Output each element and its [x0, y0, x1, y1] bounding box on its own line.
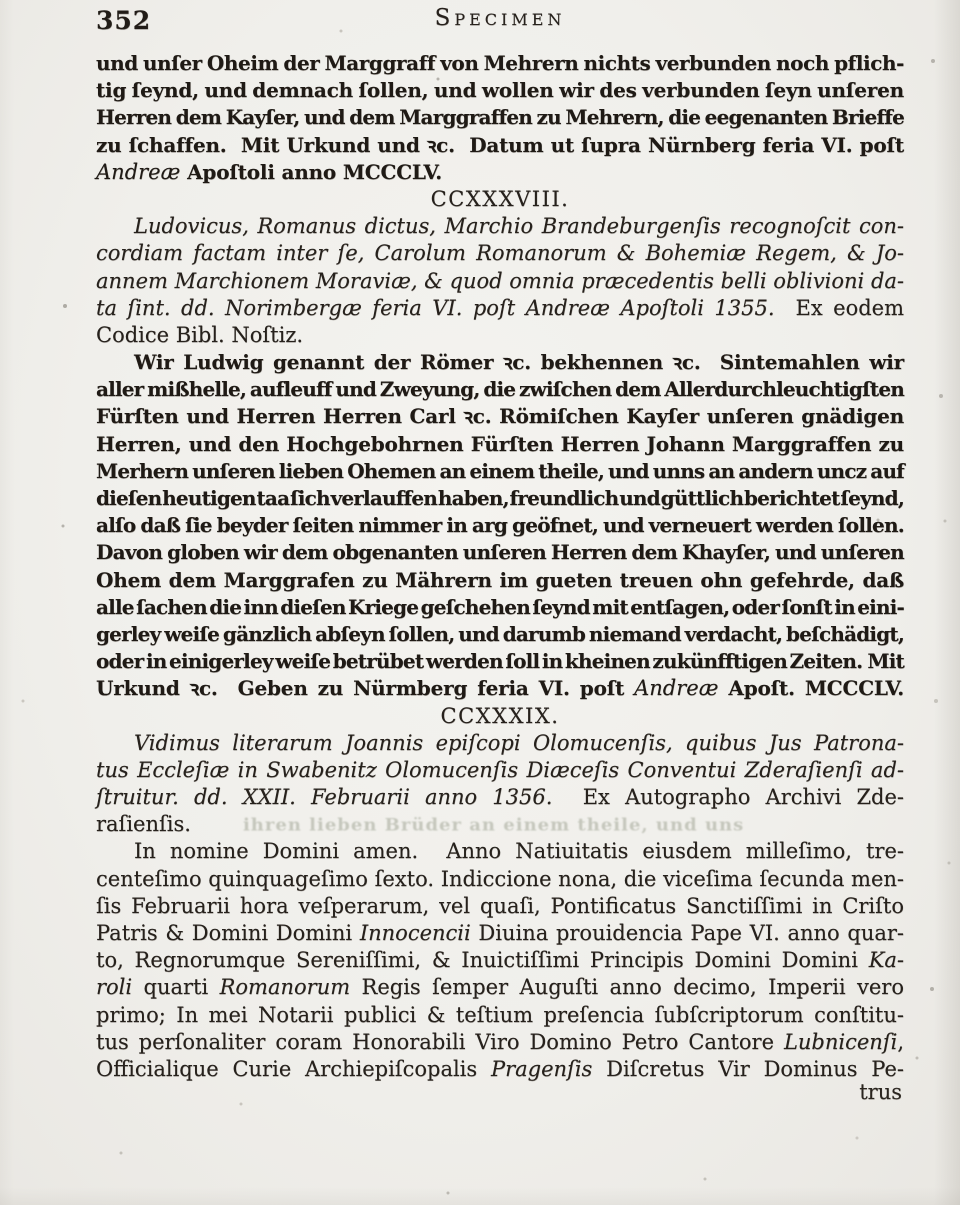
page-body: und unſer Oheim der Marggraff von Mehrer…	[96, 50, 904, 1083]
text-line: zu ſchaffen. Mit Urkund und ꝛc. Datum ut…	[96, 132, 904, 159]
catchword: trus	[859, 1080, 902, 1104]
text-line: Davon globen wir dem obgenanten unſeren …	[96, 539, 904, 566]
text-line: Codice Bibl. Noſtiz.	[96, 322, 904, 349]
text-line: Herren, und den Hochgebohrnen Fürſten He…	[96, 431, 904, 458]
text-line: aller mißhelle, aufleuff und Zweyung, di…	[96, 376, 904, 403]
text-line: Wir Ludwig genannt der Römer ꝛc. bekhenn…	[96, 349, 904, 376]
paper-speckles	[0, 0, 2, 2]
text-line: annem Marchionem Moraviæ, & quod omnia p…	[96, 268, 904, 295]
text-line: gerley weiſe gänzlich abſeyn ſollen, und…	[96, 621, 904, 648]
section-heading: CCXXXVIII.	[96, 186, 904, 213]
scanned-book-page: 352 Specimen und unſer Oheim der Marggra…	[0, 0, 960, 1205]
text-line: dieſen heutigen taa ſich verlauffen habe…	[96, 485, 904, 512]
paragraph: In nomine Domini amen. Anno Natiuitatis …	[96, 838, 904, 1083]
text-line: In nomine Domini amen. Anno Natiuitatis …	[96, 838, 904, 865]
text-line: centeſimo quinquageſimo ſexto. Indiccion…	[96, 866, 904, 893]
text-line: Herren dem Kayſer, und dem Marggraffen z…	[96, 104, 904, 131]
text-line: ſtruitur. dd. XXII. Februarii anno 1356.…	[96, 784, 904, 811]
text-line: to, Regnorumque Sereniſſimi, & Inuictiſſ…	[96, 947, 904, 974]
section-heading: CCXXXIX.	[96, 703, 904, 730]
text-line: primo; In mei Notarii publici & teſtium …	[96, 1002, 904, 1029]
text-line: Officialique Curie Archiepiſcopalis Prag…	[96, 1056, 904, 1083]
text-line: Fürſten und Herren Herren Carl ꝛc. Römiſ…	[96, 403, 904, 430]
paragraph: und unſer Oheim der Marggraff von Mehrer…	[96, 50, 904, 186]
text-line: alle ſachen die inn dieſen Kriege geſche…	[96, 594, 904, 621]
text-line: alſo daß ſie beyder ſeiten nimmer in arg…	[96, 512, 904, 539]
text-line: Andreæ Apoſtoli anno MCCCLV.	[96, 159, 904, 186]
text-line: roli quarti Romanorum Regis ſemper Auguſ…	[96, 974, 904, 1001]
text-line: Vidimus literarum Joannis epiſcopi Olomu…	[96, 730, 904, 757]
text-line: Ohem dem Marggrafen zu Mährern im gueten…	[96, 567, 904, 594]
text-line: tig ſeynd, und demnach ſollen, und wolle…	[96, 77, 904, 104]
text-line: raſienſis.ihren lieben Brüder an einem t…	[96, 811, 904, 838]
paragraph: Wir Ludwig genannt der Römer ꝛc. bekhenn…	[96, 349, 904, 702]
text-line: Merhern unſeren lieben Ohemen an einem t…	[96, 458, 904, 485]
text-line: Patris & Domini Domini Innocencii Diuina…	[96, 920, 904, 947]
running-title: Specimen	[96, 5, 904, 31]
text-line: cordiam factam inter ſe, Carolum Romanor…	[96, 240, 904, 267]
text-line: ſis Februarii hora veſperarum, vel quaſi…	[96, 893, 904, 920]
text-line: Ludovicus, Romanus dictus, Marchio Brand…	[96, 213, 904, 240]
text-line: und unſer Oheim der Marggraff von Mehrer…	[96, 50, 904, 77]
text-line: oder in einigerley weiſe betrübet werden…	[96, 648, 904, 675]
bleedthrough-text: ihren lieben Brüder an einem theile, und…	[243, 813, 744, 839]
text-line: Urkund ꝛc. Geben zu Nürmberg feria VI. p…	[96, 675, 904, 702]
text-line: tus perſonaliter coram Honorabili Viro D…	[96, 1029, 904, 1056]
paragraph: Ludovicus, Romanus dictus, Marchio Brand…	[96, 213, 904, 349]
text-line: tus Eccleſiæ in Swabenitz Olomucenſis Di…	[96, 757, 904, 784]
text-line: ta ſint. dd. Norimbergæ feria VI. poſt A…	[96, 295, 904, 322]
paragraph: Vidimus literarum Joannis epiſcopi Olomu…	[96, 730, 904, 839]
